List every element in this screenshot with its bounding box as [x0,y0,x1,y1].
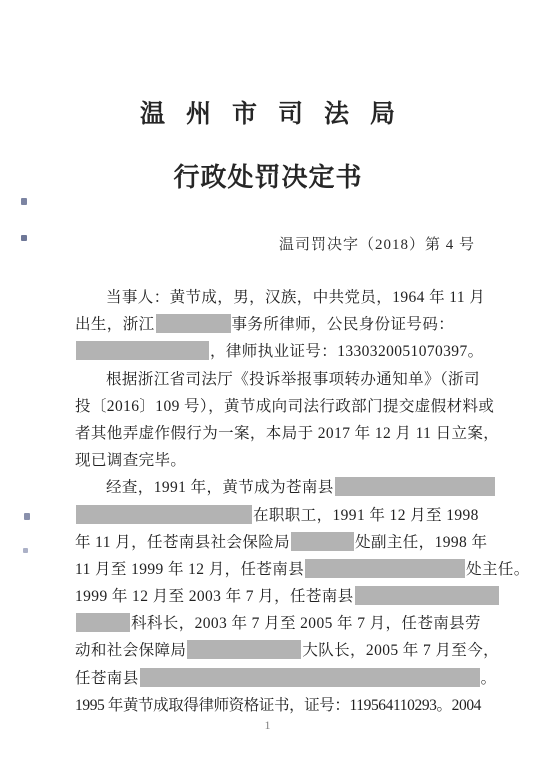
text-segment: 事务所律师，公民身份证号码： [232,316,455,333]
text-line: 根据浙江省司法厅《投诉举报事项转办通知单》（浙司 [75,366,477,393]
scan-speck [24,513,30,520]
text-segment: 年 11 月，任苍南县社会保险局 [75,534,290,551]
text-segment: 任苍南县 [75,670,139,687]
text-segment: 动和社会保障局 [75,642,186,659]
text-line: 动和社会保障局大队长，2005 年 7 月至今， [75,637,477,664]
scan-speck [23,548,28,553]
text-segment: 1995 年黄节成取得律师资格证书，证号：119564110293。2004 [75,697,481,714]
text-line: 科科长，2003 年 7 月至 2005 年 7 月，任苍南县劳 [75,610,477,637]
redaction-bar [156,314,231,333]
text-line: ，律师执业证号：1330320051070397。 [75,338,477,365]
text-line: 经查，1991 年，黄节成为苍南县 [75,474,477,501]
text-line: 在职职工，1991 年 12 月至 1998 [75,502,477,529]
text-line: 1999 年 12 月至 2003 年 7 月，任苍南县 [75,583,477,610]
text-segment: 根据浙江省司法厅《投诉举报事项转办通知单》（浙司 [106,371,480,388]
text-segment: 出生，浙江 [75,316,155,333]
document-number: 温司罚决字（2018）第 4 号 [279,233,475,254]
text-segment: 处主任。 [466,561,530,578]
redaction-bar [305,559,465,578]
text-segment: 11 月至 1999 年 12 月，任苍南县 [75,561,304,578]
text-line: 任苍南县。 [75,665,477,692]
text-segment: ，律师执业证号：1330320051070397。 [210,343,484,360]
text-line: 者其他弄虚作假行为一案，本局于 2017 年 12 月 11 日立案， [75,420,477,447]
scan-speck [21,235,27,241]
text-segment: 科科长，2003 年 7 月至 2005 年 7 月，任苍南县劳 [131,615,481,632]
text-segment: 1999 年 12 月至 2003 年 7 月，任苍南县 [75,588,354,605]
text-line: 现已调查完毕。 [75,447,477,474]
document-body: 当事人：黄节成，男，汉族，中共党员，1964 年 11 月出生，浙江事务所律师，… [75,284,477,719]
scan-speck [21,198,27,205]
redaction-bar [335,477,495,496]
redaction-bar [187,640,301,659]
text-segment: 投〔2016〕109 号），黄节成向司法行政部门提交虚假材料或 [75,398,494,415]
text-segment: 处副主任，1998 年 [355,534,487,551]
text-line: 投〔2016〕109 号），黄节成向司法行政部门提交虚假材料或 [75,393,477,420]
text-segment: 当事人：黄节成，男，汉族，中共党员，1964 年 11 月 [106,289,485,306]
text-line: 当事人：黄节成，男，汉族，中共党员，1964 年 11 月 [75,284,477,311]
redaction-bar [76,505,252,524]
text-segment: 者其他弄虚作假行为一案，本局于 2017 年 12 月 11 日立案， [75,425,499,442]
page-number: 1 [0,718,535,733]
text-segment: 现已调查完毕。 [75,452,186,469]
redaction-bar [291,532,354,551]
text-segment: 经查，1991 年，黄节成为苍南县 [106,479,334,496]
text-line: 1995 年黄节成取得律师资格证书，证号：119564110293。2004 [75,692,477,719]
redaction-bar [76,613,130,632]
document-title: 行政处罚决定书 [0,157,535,194]
text-line: 出生，浙江事务所律师，公民身份证号码： [75,311,477,338]
redaction-bar [140,668,480,687]
text-segment: 。 [481,670,497,687]
redaction-bar [355,586,499,605]
issuing-authority-title: 温州市司法局 [0,94,535,130]
text-line: 11 月至 1999 年 12 月，任苍南县处主任。 [75,556,477,583]
scanned-document-page: 温州市司法局 行政处罚决定书 温司罚决字（2018）第 4 号 当事人：黄节成，… [0,0,535,770]
text-segment: 大队长，2005 年 7 月至今， [302,642,499,659]
redaction-bar [76,341,209,360]
text-segment: 在职职工，1991 年 12 月至 1998 [253,507,479,524]
text-line: 年 11 月，任苍南县社会保险局处副主任，1998 年 [75,529,477,556]
